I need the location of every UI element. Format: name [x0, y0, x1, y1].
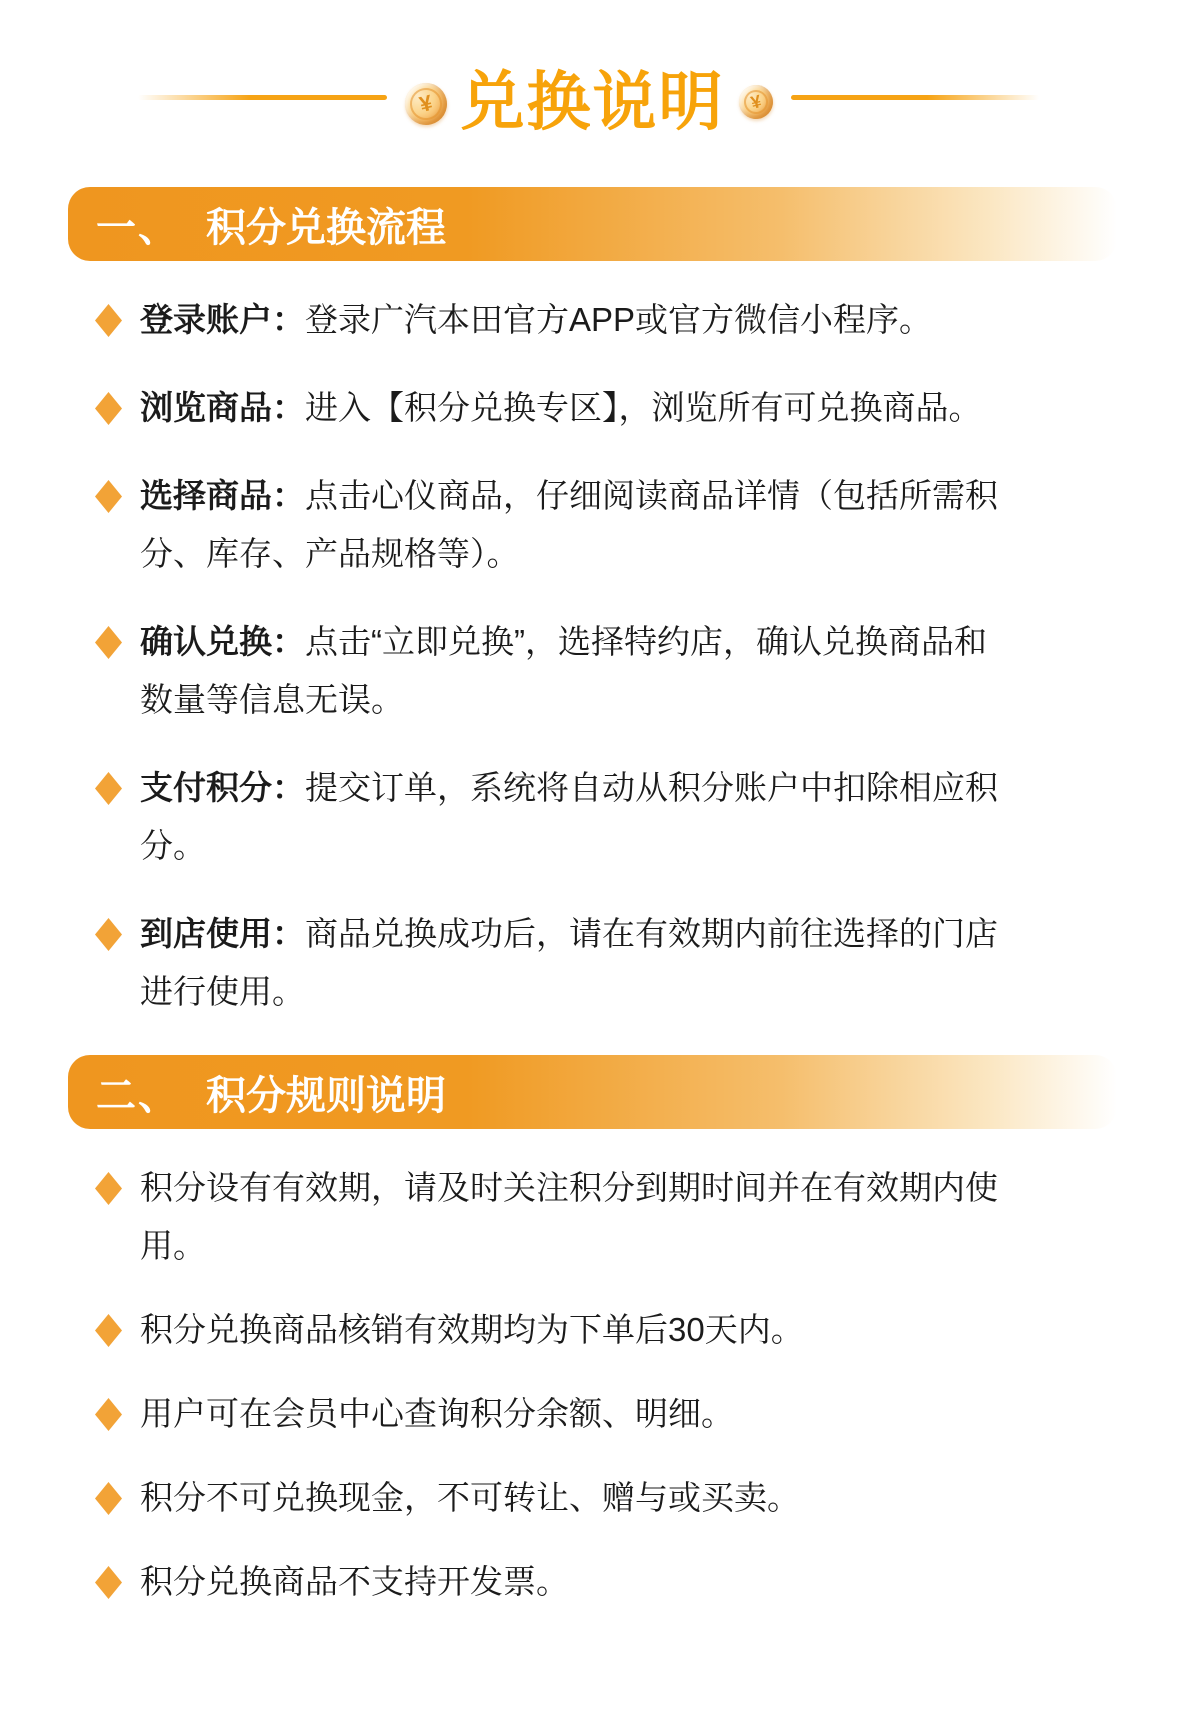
diamond-bullet-icon: [95, 1314, 122, 1347]
item-text: 用户可在会员中心查询积分余额、明细。: [140, 1395, 734, 1432]
item-label: 浏览商品：: [140, 389, 305, 426]
item-text: 积分设有有效期，请及时关注积分到期时间并在有效期内使用。: [140, 1169, 998, 1264]
item-label: 支付积分：: [140, 769, 305, 806]
diamond-bullet-icon: [95, 772, 122, 805]
item-label: 到店使用：: [140, 915, 305, 952]
section-banner-points-rules: 二、 积分规则说明: [68, 1055, 1117, 1129]
item-text: 积分兑换商品核销有效期均为下单后30天内。: [140, 1311, 804, 1348]
item-text: 积分兑换商品不支持开发票。: [140, 1563, 569, 1600]
page-title: 兑换说明: [461, 51, 725, 143]
header: ¥ 兑换说明 ¥: [0, 0, 1177, 142]
diamond-bullet-icon: [95, 626, 122, 659]
diamond-bullet-icon: [95, 1482, 122, 1515]
item-label: 确认兑换：: [140, 623, 305, 660]
list-item: 选择商品：点击心仪商品，仔细阅读商品详情（包括所需积分、库存、产品规格等）。: [95, 467, 1005, 583]
diamond-bullet-icon: [95, 392, 122, 425]
section-title: 积分规则说明: [206, 1064, 446, 1121]
diamond-bullet-icon: [95, 480, 122, 513]
diamond-bullet-icon: [95, 1172, 122, 1205]
redemption-instructions-page: ¥ 兑换说明 ¥ 一、 积分兑换流程 登录账户：登录广汽本田官方APP或官方微信…: [0, 0, 1177, 1725]
yen-coin-icon: ¥: [400, 79, 451, 130]
item-label: 登录账户：: [140, 301, 305, 338]
list-item: 积分不可兑换现金，不可转让、赠与或买卖。: [95, 1469, 1005, 1527]
coin-rim: [741, 87, 770, 116]
list-item: 确认兑换：点击“立即兑换”，选择特约店，确认兑换商品和数量等信息无误。: [95, 613, 1005, 729]
section-number: 二、: [96, 1064, 180, 1121]
diamond-bullet-icon: [95, 918, 122, 951]
section-banner-redeem-process: 一、 积分兑换流程: [68, 187, 1117, 261]
list-item: 用户可在会员中心查询积分余额、明细。: [95, 1385, 1005, 1443]
coin-rim: [406, 85, 445, 124]
item-label: 选择商品：: [140, 477, 305, 514]
header-rule-right: [791, 95, 1040, 100]
item-text: 进入【积分兑换专区】，浏览所有可兑换商品。: [305, 389, 982, 426]
item-text: 登录广汽本田官方APP或官方微信小程序。: [305, 301, 932, 338]
section-title: 积分兑换流程: [206, 196, 446, 253]
list-item: 积分设有有效期，请及时关注积分到期时间并在有效期内使用。: [95, 1159, 1005, 1275]
diamond-bullet-icon: [95, 1398, 122, 1431]
list-item: 到店使用：商品兑换成功后，请在有效期内前往选择的门店进行使用。: [95, 905, 1005, 1021]
yen-coin-icon: ¥: [735, 81, 776, 122]
list-item: 积分兑换商品不支持开发票。: [95, 1553, 1005, 1611]
header-rule-left: [138, 95, 387, 100]
redeem-process-list: 登录账户：登录广汽本田官方APP或官方微信小程序。 浏览商品：进入【积分兑换专区…: [95, 291, 1107, 1021]
list-item: 浏览商品：进入【积分兑换专区】，浏览所有可兑换商品。: [95, 379, 1005, 437]
list-item: 支付积分：提交订单，系统将自动从积分账户中扣除相应积分。: [95, 759, 1005, 875]
list-item: 积分兑换商品核销有效期均为下单后30天内。: [95, 1301, 1005, 1359]
points-rules-list: 积分设有有效期，请及时关注积分到期时间并在有效期内使用。 积分兑换商品核销有效期…: [95, 1159, 1107, 1611]
diamond-bullet-icon: [95, 1566, 122, 1599]
item-text: 积分不可兑换现金，不可转让、赠与或买卖。: [140, 1479, 800, 1516]
section-number: 一、: [96, 196, 180, 253]
list-item: 登录账户：登录广汽本田官方APP或官方微信小程序。: [95, 291, 1005, 349]
diamond-bullet-icon: [95, 304, 122, 337]
